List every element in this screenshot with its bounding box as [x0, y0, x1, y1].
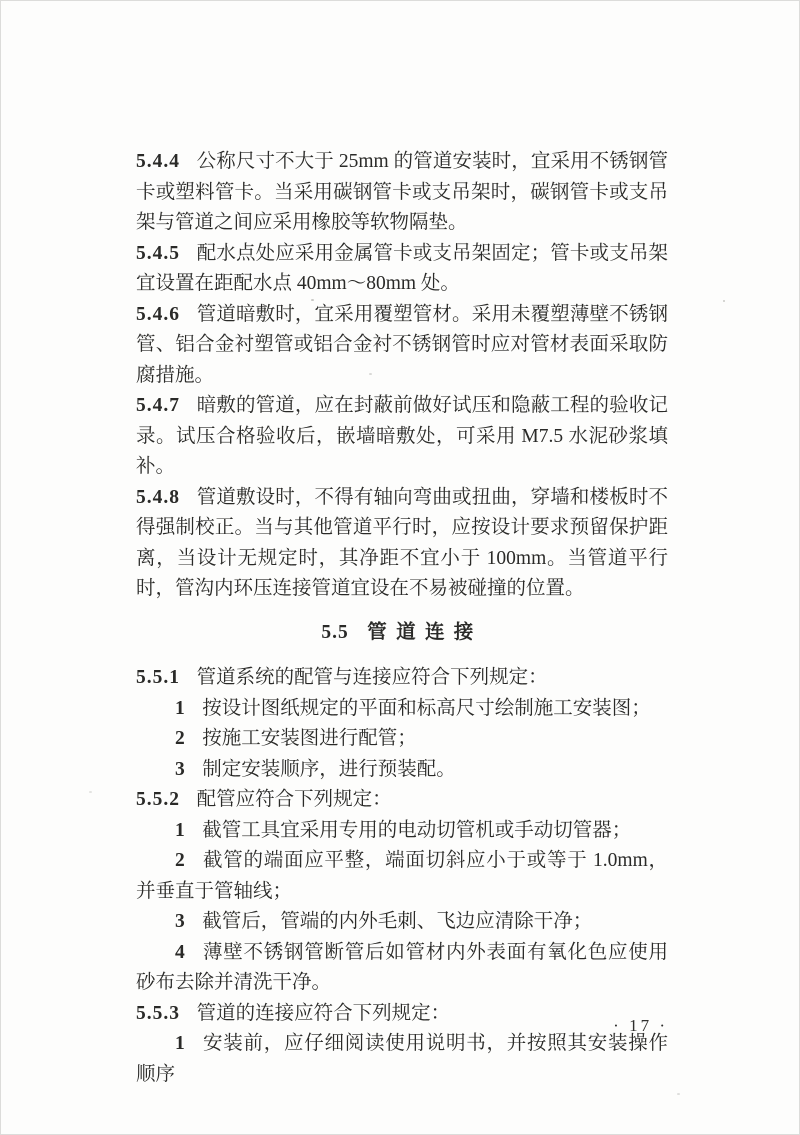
page-number: · 17 · [613, 1016, 668, 1036]
clause-number: 5.4.5 [136, 243, 180, 264]
item-number: 3 [175, 759, 185, 780]
item-text: 截管工具宜采用专用的电动切管机或手动切管器； [202, 820, 631, 841]
clause-5-5-1: 5.5.1管道系统的配管与连接应符合下列规定： [136, 663, 668, 694]
clause-number: 5.4.6 [136, 304, 180, 325]
list-item: 1截管工具宜采用专用的电动切管机或手动切管器； [136, 816, 668, 847]
scan-speck [723, 300, 725, 302]
clause-text: 管道的连接应符合下列规定： [197, 1003, 451, 1024]
item-number: 2 [175, 728, 185, 749]
clause-5-5-3: 5.5.3管道的连接应符合下列规定： [136, 999, 668, 1030]
clause-text: 配水点处应采用金属管卡或支吊架固定；管卡或支吊架宜设置在距配水点 40mm～80… [136, 243, 668, 295]
clause-text: 管道系统的配管与连接应符合下列规定： [197, 667, 548, 688]
document-page: 5.4.4公称尺寸不大于 25mm 的管道安装时，宜采用不锈钢管卡或塑料管卡。当… [0, 0, 800, 1135]
clause-5-5-2: 5.5.2配管应符合下列规定： [136, 785, 668, 816]
clause-5-4-6: 5.4.6管道暗敷时，宜采用覆塑管材。采用未覆塑薄壁不锈钢管、铝合金衬塑管或铝合… [136, 300, 668, 392]
item-text: 按设计图纸规定的平面和标高尺寸绘制施工安装图； [202, 698, 651, 719]
item-text: 安装前，应仔细阅读使用说明书，并按照其安装操作顺序 [136, 1033, 668, 1085]
item-text: 制定安装顺序，进行预装配。 [202, 759, 456, 780]
clause-5-4-7: 5.4.7暗敷的管道，应在封蔽前做好试压和隐蔽工程的验收记录。试压合格验收后，嵌… [136, 391, 668, 483]
clause-number: 5.5.1 [136, 667, 180, 688]
scan-speck [677, 1093, 680, 1095]
item-number: 1 [175, 1033, 185, 1054]
list-item: 2按施工安装图进行配管； [136, 724, 668, 755]
list-item: 1安装前，应仔细阅读使用说明书，并按照其安装操作顺序 [136, 1029, 668, 1090]
item-text: 薄壁不锈钢管断管后如管材内外表面有氧化色应使用砂布去除并清洗干净。 [136, 942, 668, 994]
clause-number: 5.4.8 [136, 487, 180, 508]
clause-5-4-5: 5.4.5配水点处应采用金属管卡或支吊架固定；管卡或支吊架宜设置在距配水点 40… [136, 239, 668, 300]
clause-number: 5.4.7 [136, 395, 180, 416]
item-number: 2 [175, 850, 185, 871]
clause-text: 公称尺寸不大于 25mm 的管道安装时，宜采用不锈钢管卡或塑料管卡。当采用碳钢管… [136, 151, 668, 233]
clause-number: 5.5.3 [136, 1003, 180, 1024]
section-title: 管道连接 [367, 622, 482, 643]
scan-speck [89, 791, 92, 793]
section-heading: 5.5管道连接 [136, 618, 668, 649]
clause-number: 5.4.4 [136, 151, 180, 172]
clause-5-4-8: 5.4.8管道敷设时，不得有轴向弯曲或扭曲，穿墙和楼板时不得强制校正。当与其他管… [136, 483, 668, 605]
list-item: 3截管后，管端的内外毛刺、飞边应清除干净； [136, 907, 668, 938]
item-text: 截管的端面应平整，端面切斜应小于或等于 1.0mm，并垂直于管轴线； [136, 850, 668, 902]
clause-text: 暗敷的管道，应在封蔽前做好试压和隐蔽工程的验收记录。试压合格验收后，嵌墙暗敷处，… [136, 395, 668, 477]
item-number: 3 [175, 911, 185, 932]
item-text: 按施工安装图进行配管； [202, 728, 417, 749]
list-item: 4薄壁不锈钢管断管后如管材内外表面有氧化色应使用砂布去除并清洗干净。 [136, 938, 668, 999]
clause-5-4-4: 5.4.4公称尺寸不大于 25mm 的管道安装时，宜采用不锈钢管卡或塑料管卡。当… [136, 147, 668, 239]
clause-number: 5.5.2 [136, 789, 180, 810]
clause-text: 管道敷设时，不得有轴向弯曲或扭曲，穿墙和楼板时不得强制校正。当与其他管道平行时，… [136, 487, 668, 600]
item-number: 1 [175, 820, 185, 841]
clause-text: 配管应符合下列规定： [197, 789, 392, 810]
page-content: 5.4.4公称尺寸不大于 25mm 的管道安装时，宜采用不锈钢管卡或塑料管卡。当… [136, 147, 668, 1090]
section-number: 5.5 [321, 622, 348, 643]
item-text: 截管后，管端的内外毛刺、飞边应清除干净； [202, 911, 592, 932]
list-item: 1按设计图纸规定的平面和标高尺寸绘制施工安装图； [136, 694, 668, 725]
item-number: 4 [175, 942, 185, 963]
list-item: 3制定安装顺序，进行预装配。 [136, 755, 668, 786]
item-number: 1 [175, 698, 185, 719]
clause-text: 管道暗敷时，宜采用覆塑管材。采用未覆塑薄壁不锈钢管、铝合金衬塑管或铝合金衬不锈钢… [136, 304, 668, 386]
list-item: 2截管的端面应平整，端面切斜应小于或等于 1.0mm，并垂直于管轴线； [136, 846, 668, 907]
